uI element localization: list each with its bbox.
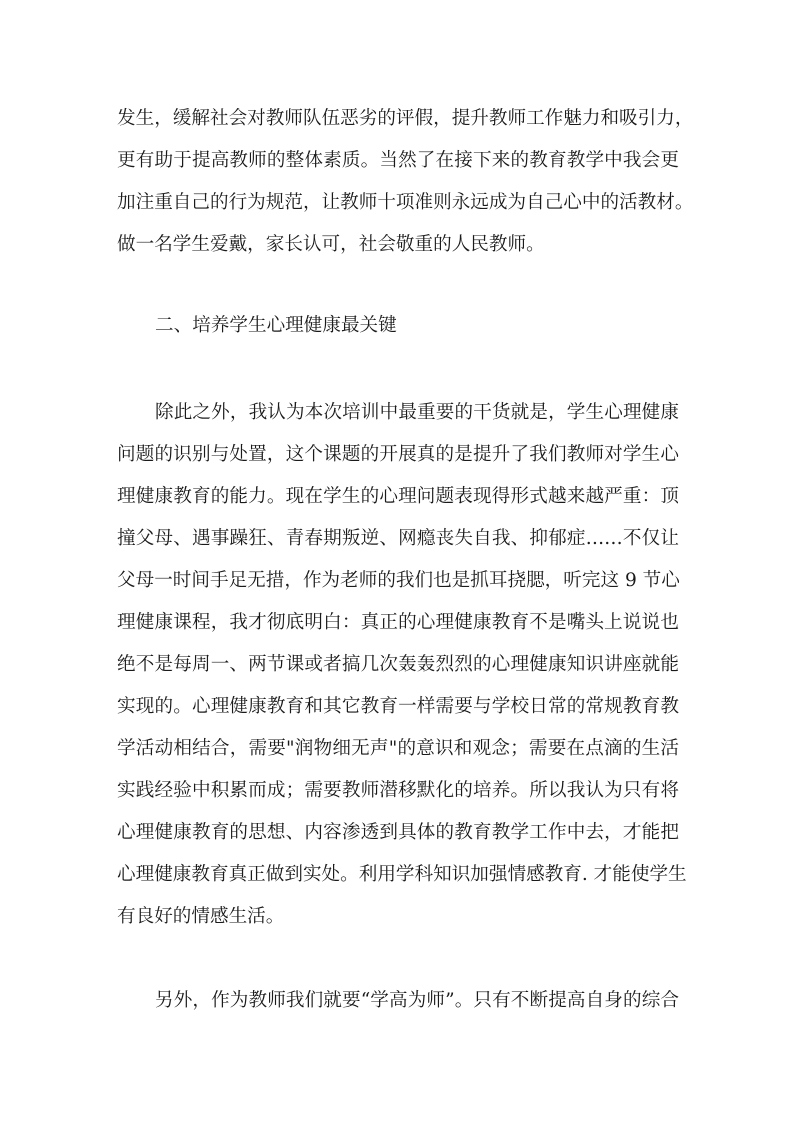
paragraph-1-line-1: 发生，缓解社会对教师队伍恶劣的评假，提升教师工作魅力和吸引力， [117,107,679,131]
paragraph-2-line-5: 父母一时间手足无措，作为老师的我们也是抓耳挠腮，听完这 9 节心 [117,569,679,593]
paragraph-1-line-3: 加注重自己的行为规范，让教师十项准则永远成为自己心中的活教材。 [117,191,679,215]
paragraph-2-line-13: 有良好的情感生活。 [117,905,679,929]
paragraph-3-line-1: 另外，作为教师我们就要“学高为师”。只有不断提高自身的综合 [155,989,679,1013]
paragraph-2-line-3: 理健康教育的能力。现在学生的心理问题表现得形式越来越严重：顶 [117,485,679,509]
section-heading: 二、培养学生心理健康最关键 [155,314,679,338]
paragraph-2-line-7: 绝不是每周一、两节课或者搞几次轰轰烈烈的心理健康知识讲座就能 [117,653,679,677]
paragraph-2-line-2: 问题的识别与处置，这个课题的开展真的是提升了我们教师对学生心 [117,443,679,467]
paragraph-2-line-11: 心理健康教育的思想、内容渗透到具体的教育教学工作中去，才能把 [117,821,679,845]
paragraph-2-line-10: 实践经验中积累而成；需要教师潜移默化的培养。所以我认为只有将 [117,779,679,803]
paragraph-2-line-12: 心理健康教育真正做到实处。利用学科知识加强情感教育. 才能使学生 [117,863,679,887]
paragraph-2-line-1: 除此之外，我认为本次培训中最重要的干货就是，学生心理健康 [155,401,679,425]
document-page: 发生，缓解社会对教师队伍恶劣的评假，提升教师工作魅力和吸引力， 更有助于提高教师… [0,0,793,1122]
paragraph-2-line-6: 理健康课程，我才彻底明白：真正的心理健康教育不是嘴头上说说也 [117,611,679,635]
paragraph-2-line-4: 撞父母、遇事躁狂、青春期叛逆、网瘾丧失自我、抑郁症……不仅让 [117,527,679,551]
paragraph-1-line-2: 更有助于提高教师的整体素质。当然了在接下来的教育教学中我会更 [117,149,679,173]
paragraph-2-line-9: 学活动相结合，需要"润物细无声"的意识和观念；需要在点滴的生活 [117,737,679,761]
paragraph-2-line-8: 实现的。心理健康教育和其它教育一样需要与学校日常的常规教育教 [117,695,679,719]
paragraph-1-line-4: 做一名学生爱戴，家长认可，社会敬重的人民教师。 [117,233,679,257]
